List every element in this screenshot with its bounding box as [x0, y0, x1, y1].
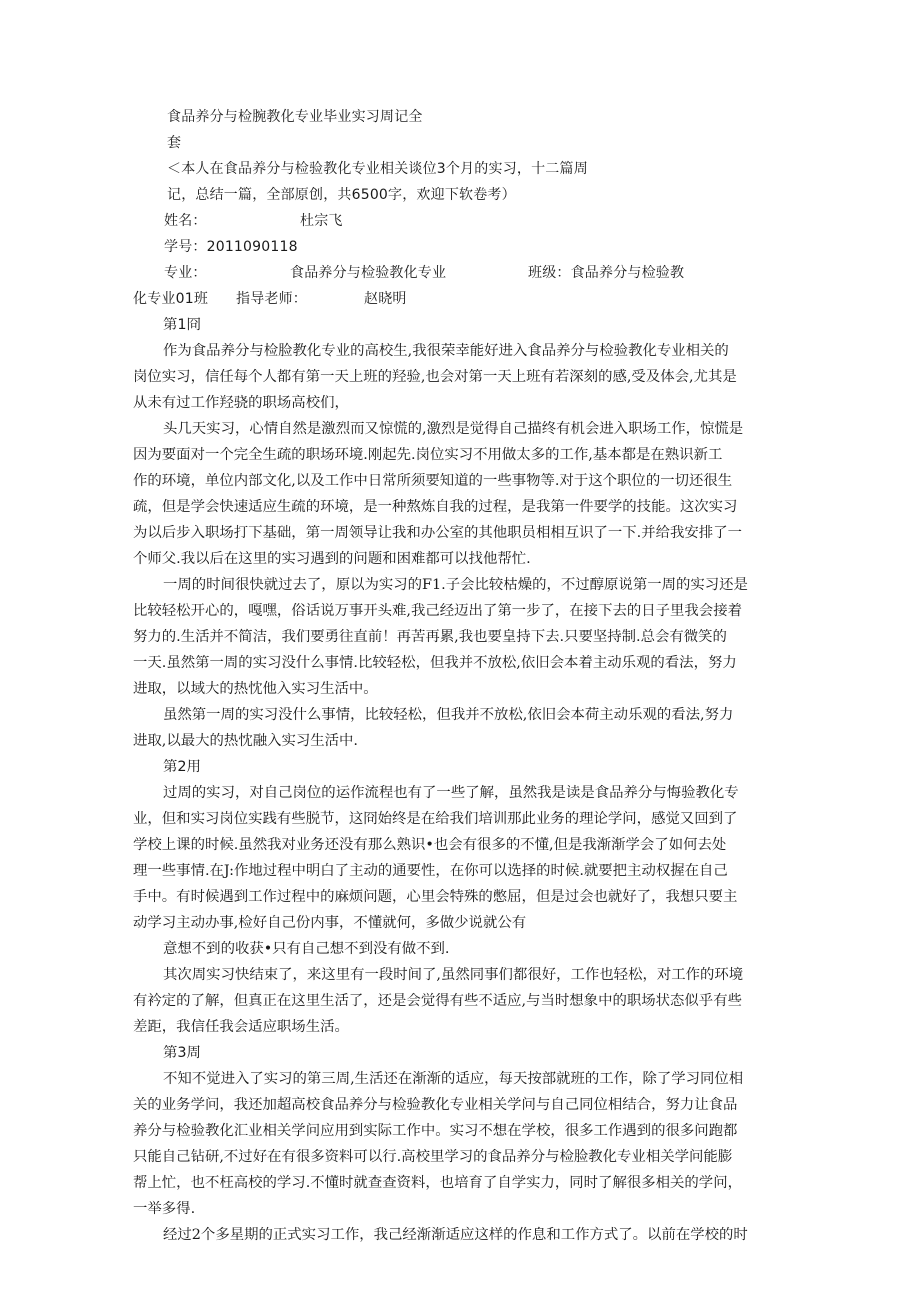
- paragraph-line: 理一些事情.在J:作地过程中明白了主动的通要性，在你可以选择的时候.就要把主动权…: [133, 858, 787, 884]
- student-id-label: 学号：: [164, 239, 207, 255]
- week-heading: 第2用: [133, 754, 787, 780]
- journal-paragraph: 一周的时间很快就过去了，原以为实习的F1.子会比较枯燥的，不过醇原说第一周的实习…: [133, 572, 787, 702]
- paragraph-line: 疏，但是学会快速适应生疏的环境，是一种熬炼自我的过程，是我第一件要学的技能。这次…: [133, 494, 787, 520]
- advisor-label: 指导老师：: [236, 286, 364, 312]
- intro-note: ＜本人在食品养分与检验教化专业相关谈位3个月的实习，十二篇周: [133, 156, 787, 182]
- document-title-continued: 套: [133, 130, 787, 156]
- major-value: 食品养分与检验教化专业: [290, 260, 528, 286]
- journal-paragraph: 意想不到的收获•只有自己想不到没有做不到.: [133, 936, 787, 962]
- paragraph-line: 动学习主动办事,检好自己份内事，不懂就何，多做少说就公有: [133, 910, 787, 936]
- paragraph-line: 不知不觉进入了实习的第三周,生活还在渐渐的适应，每天按部就班的工作，除了学习同位…: [133, 1066, 787, 1092]
- paragraph-line: 作的环境，单位内部文化,以及工作中日常所须要知道的一些事物等.对于这个职位的一切…: [133, 468, 787, 494]
- paragraph-line: 手中。有时候遇到工作过程中的麻烦问题，心里会特殊的憋屈，但是过会也就好了，我想只…: [133, 884, 787, 910]
- paragraph-line: 头几天实习，心情自然是激烈而又惊慌的,激烈是觉得自己描终有机会进入职场工作，惊慌…: [133, 416, 787, 442]
- intro-note-continued: 记，总结一篇，全部原创，共6500字，欢迎下软卷考）: [133, 182, 787, 208]
- name-row: 姓名：杜宗飞: [133, 208, 787, 234]
- paragraph-line: 努力的.生活并不简洁，我们要勇往直前！再苦再累,我也要皇持下去.只要坚持制.总会…: [133, 624, 787, 650]
- name-label: 姓名：: [164, 208, 300, 234]
- paragraph-line: 帮上忙，也不枉高校的学习.不懂时就查查资料，也培育了自学实力，同时了解很多相关的…: [133, 1170, 787, 1196]
- journal-paragraph: 不知不觉进入了实习的第三周,生活还在渐渐的适应，每天按部就班的工作，除了学习同位…: [133, 1066, 787, 1222]
- name-value: 杜宗飞: [300, 213, 343, 229]
- paragraph-line: 只能自己钻研,不过好在有很多资料可以行.高校里学习的食品养分与检脸教化专业相关学…: [133, 1144, 787, 1170]
- paragraph-line: 有衿定的了解，但真正在这里生活了，还是会觉得有些不适应,与当时想象中的职场状态似…: [133, 988, 787, 1014]
- week-heading: 第1冏: [133, 312, 787, 338]
- paragraph-line: 进取,以最大的热忱融入实习生活中.: [133, 728, 787, 754]
- paragraph-line: 经过2个多星期的正式实习工作，我己经渐渐适应这样的作息和工作方式了。以前在学校的…: [133, 1222, 787, 1248]
- paragraph-line: 从未有过工作羟骁的职场高校们，: [133, 390, 787, 416]
- weekly-journal: 第1冏作为食品养分与检脸教化专业的高校生,我很荣幸能好进入食品养分与检验教化专业…: [133, 312, 787, 1248]
- week-section: 第1冏作为食品养分与检脸教化专业的高校生,我很荣幸能好进入食品养分与检验教化专业…: [133, 312, 787, 754]
- document-title: 食品养分与检腕教化专业毕业实习周记全: [133, 104, 787, 130]
- paragraph-line: 一天.虽然第一周的实习没什么事情.比较轻松，但我并不放松,依旧会本着主动乐观的看…: [133, 650, 787, 676]
- paragraph-line: 一周的时间很快就过去了，原以为实习的F1.子会比较枯燥的，不过醇原说第一周的实习…: [133, 572, 787, 598]
- journal-paragraph: 头几天实习，心情自然是激烈而又惊慌的,激烈是觉得自己描终有机会进入职场工作，惊慌…: [133, 416, 787, 572]
- student-id-value: 2011090118: [207, 239, 298, 255]
- advisor-value: 赵晓明: [364, 291, 407, 307]
- journal-paragraph: 作为食品养分与检脸教化专业的高校生,我很荣幸能好进入食品养分与检验教化专业相关的…: [133, 338, 787, 416]
- student-id-row: 学号：2011090118: [133, 234, 787, 260]
- paragraph-line: 个师父.我以后在这里的实习遇到的问题和困难都可以找他帮忙.: [133, 546, 787, 572]
- journal-paragraph: 虽然第一周的实习没什么事情，比较轻松，但我并不放松,依旧会本荷主动乐观的看法,努…: [133, 702, 787, 754]
- document-page: 食品养分与检腕教化专业毕业实习周记全 套 ＜本人在食品养分与检验教化专业相关谈位…: [133, 104, 787, 1248]
- paragraph-line: 意想不到的收获•只有自己想不到没有做不到.: [133, 936, 787, 962]
- paragraph-line: 为以后步入职场打下基础，第一周领导让我和办公室的其他职员相相互识了一下.并给我安…: [133, 520, 787, 546]
- paragraph-line: 进取，以域大的热忱他入实习生活中。: [133, 676, 787, 702]
- class-value-continued: 化专业01班: [133, 286, 236, 312]
- paragraph-line: 过周的实习，对自己岗位的运作流程也有了一些了解，虽然我是读是食品养分与悔验教化专: [133, 780, 787, 806]
- paragraph-line: 其次周实习快结束了，来这里有一段时间了,虽然同事们都很好，工作也轻松，对工作的环…: [133, 962, 787, 988]
- paragraph-line: 学校上课的时候.虽然我对业务还没有那么熟识•也会有很多的不懂,但是我渐渐学会了如…: [133, 832, 787, 858]
- paragraph-line: 比较轻松开心的，嘎嘿，俗话说万事开头难,我己经迈出了第一步了，在接下去的日子里我…: [133, 598, 787, 624]
- journal-paragraph: 过周的实习，对自己岗位的运作流程也有了一些了解，虽然我是读是食品养分与悔验教化专…: [133, 780, 787, 936]
- paragraph-line: 作为食品养分与检脸教化专业的高校生,我很荣幸能好进入食品养分与检验教化专业相关的: [133, 338, 787, 364]
- major-class-row: 专业：食品养分与检验教化专业班级：食品养分与检验教: [133, 260, 787, 286]
- paragraph-line: 业，但和实习岗位实践有些脱节，这冏始终是在给我们培训那此业务的理论学问，感觉又回…: [133, 806, 787, 832]
- paragraph-line: 关的业务学问，我还加超高校食品养分与检验教化专业相关学问与自己同位相结合，努力让…: [133, 1092, 787, 1118]
- class-label: 班级：: [528, 265, 571, 281]
- paragraph-line: 养分与检验教化汇业相关学问应用到实际工作中。实习不想在学校，很多工作遇到的很多问…: [133, 1118, 787, 1144]
- week-section: 第3周不知不觉进入了实习的第三周,生活还在渐渐的适应，每天按部就班的工作，除了学…: [133, 1040, 787, 1248]
- week-section: 第2用过周的实习，对自己岗位的运作流程也有了一些了解，虽然我是读是食品养分与悔验…: [133, 754, 787, 1040]
- paragraph-line: 因为要面对一个完全生疏的职场环境.刚起先.岗位实习不用做太多的工作,基本都是在熟…: [133, 442, 787, 468]
- major-label: 专业：: [164, 260, 290, 286]
- journal-paragraph: 经过2个多星期的正式实习工作，我己经渐渐适应这样的作息和工作方式了。以前在学校的…: [133, 1222, 787, 1248]
- week-heading: 第3周: [133, 1040, 787, 1066]
- paragraph-line: 差距，我信任我会适应职场生活。: [133, 1014, 787, 1040]
- paragraph-line: 一举多得.: [133, 1196, 787, 1222]
- paragraph-line: 岗位实习，信任每个人都有第一天上班的羟验,也会对第一天上班有若深刻的感,受及体会…: [133, 364, 787, 390]
- journal-paragraph: 其次周实习快结束了，来这里有一段时间了,虽然同事们都很好，工作也轻松，对工作的环…: [133, 962, 787, 1040]
- class-value: 食品养分与检验教: [571, 265, 685, 281]
- paragraph-line: 虽然第一周的实习没什么事情，比较轻松，但我并不放松,依旧会本荷主动乐观的看法,努…: [133, 702, 787, 728]
- class-advisor-row: 化专业01班指导老师：赵晓明: [133, 286, 787, 312]
